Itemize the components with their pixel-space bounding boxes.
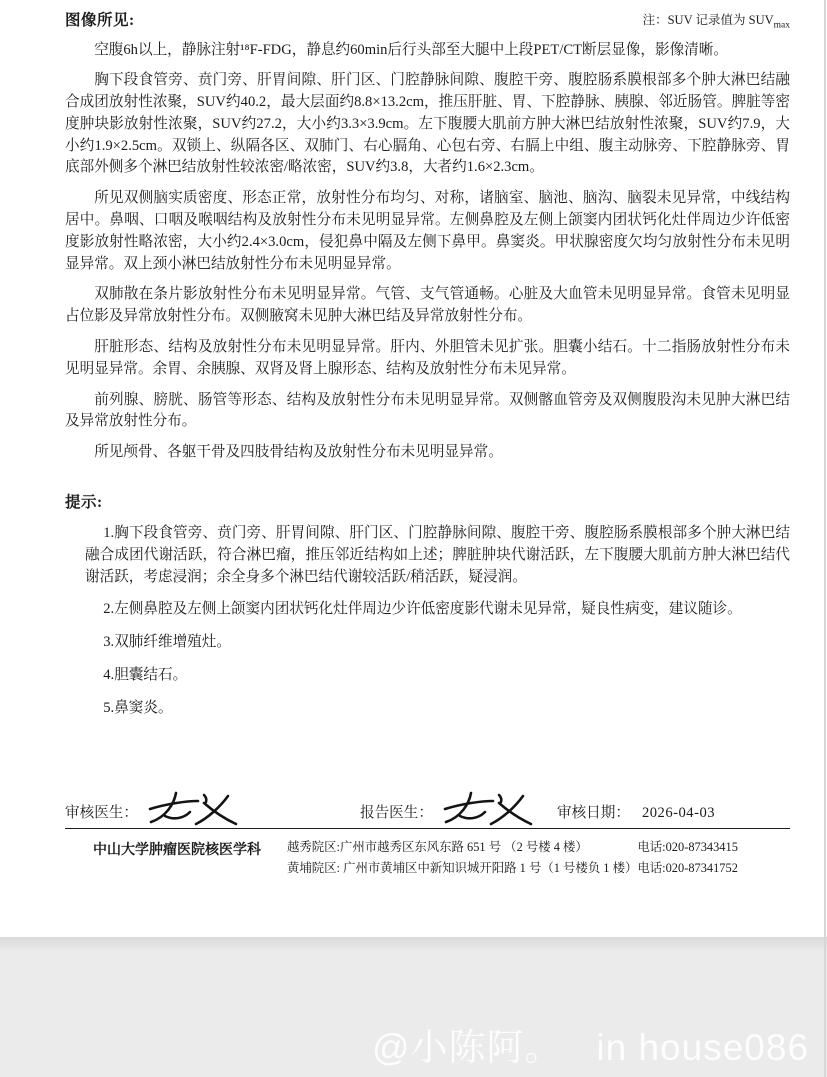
report-header: 图像所见: 注：SUV 记录值为 SUVmax bbox=[65, 8, 790, 31]
reviewer-signature-scribble-icon bbox=[146, 789, 242, 827]
watermark-text: @小陈阿。 in house086 bbox=[372, 1017, 809, 1071]
institution-footer: 中山大学肿瘤医院核医学科 越秀院区:广州市越秀区东风东路 651 号 （2 号楼… bbox=[65, 837, 790, 879]
campus-address: 黄埔院区: 广州市黄埔区中新知识城开阳路 1 号（1 号楼负 1 楼） bbox=[287, 858, 637, 879]
campus-phones: 电话:020-87343415 电话:020-87341752 bbox=[637, 837, 804, 879]
signature-row: 审核医生： 报告医生： 审核日期： 2026-04-03 bbox=[65, 784, 790, 824]
reporter-signature-scribble-icon bbox=[441, 789, 537, 827]
impression-item: 2.左侧鼻腔及左侧上颌窦内团状钙化灶伴周边少许低密度影代谢未见异常，疑良性病变，… bbox=[65, 599, 790, 621]
review-date-label: 审核日期： bbox=[557, 801, 630, 824]
impression-section: 1.胸下段食管旁、贲门旁、肝胃间隙、肝门区、门腔静脉间隙、腹腔干旁、腹腔肠系膜根… bbox=[65, 523, 790, 720]
page-bottom-area: @小陈阿。 in house086 bbox=[0, 937, 827, 1077]
signature-divider bbox=[65, 828, 790, 829]
finding-paragraph: 所见颅骨、各躯干骨及四肢骨结构及放射性分布未见明显异常。 bbox=[65, 442, 790, 464]
reviewer-label: 审核医生： bbox=[65, 801, 138, 824]
impression-item: 1.胸下段食管旁、贲门旁、肝胃间隙、肝门区、门腔静脉间隙、腹腔干旁、腹腔肠系膜根… bbox=[65, 523, 790, 588]
right-edge-line bbox=[824, 0, 826, 1077]
finding-paragraph: 空腹6h以上，静脉注射¹⁸F-FDG，静息约60min后行头部至大腿中上段PET… bbox=[65, 40, 790, 62]
campus-address: 越秀院区:广州市越秀区东风东路 651 号 （2 号楼 4 楼） bbox=[287, 837, 637, 858]
impression-heading: 提示: bbox=[65, 490, 790, 512]
suv-note-text: 注：SUV 记录值为 SUV bbox=[643, 13, 774, 27]
review-date-value: 2026-04-03 bbox=[642, 805, 715, 824]
finding-paragraph: 胸下段食管旁、贲门旁、肝胃间隙、肝门区、门腔静脉间隙、腹腔干旁、腹腔肠系膜根部多… bbox=[65, 70, 790, 179]
reporter-label: 报告医生： bbox=[360, 801, 433, 824]
impression-item: 3.双肺纤维增殖灶。 bbox=[65, 632, 790, 654]
campus-phone: 电话:020-87341752 bbox=[637, 858, 738, 879]
findings-section: 空腹6h以上，静脉注射¹⁸F-FDG，静息约60min后行头部至大腿中上段PET… bbox=[65, 40, 790, 465]
campus-addresses: 越秀院区:广州市越秀区东风东路 651 号 （2 号楼 4 楼） 黄埔院区: 广… bbox=[287, 837, 637, 879]
impression-item: 5.鼻窦炎。 bbox=[65, 698, 790, 720]
report-sheet: 图像所见: 注：SUV 记录值为 SUVmax 空腹6h以上，静脉注射¹⁸F-F… bbox=[0, 0, 827, 937]
suv-note: 注：SUV 记录值为 SUVmax bbox=[643, 8, 790, 31]
report-page: { "colors": { "page_bg": "#ffffff", "tex… bbox=[0, 0, 827, 1077]
finding-paragraph: 前列腺、膀胱、肠管等形态、结构及放射性分布未见明显异常。双侧髂血管旁及双侧腹股沟… bbox=[65, 390, 790, 434]
campus-phone: 电话:020-87343415 bbox=[637, 837, 738, 858]
department-name: 中山大学肿瘤医院核医学科 bbox=[65, 837, 287, 859]
suv-note-subscript: max bbox=[774, 21, 790, 31]
finding-paragraph: 肝脏形态、结构及放射性分布未见明显异常。肝内、外胆管未见扩张。胆囊小结石。十二指… bbox=[65, 337, 790, 381]
finding-paragraph: 双肺散在条片影放射性分布未见明显异常。气管、支气管通畅。心脏及大血管未见明显异常… bbox=[65, 284, 790, 328]
finding-paragraph: 所见双侧脑实质密度、形态正常，放射性分布均匀、对称，诸脑室、脑池、脑沟、脑裂未见… bbox=[65, 188, 790, 275]
impression-item: 4.胆囊结石。 bbox=[65, 665, 790, 687]
findings-heading: 图像所见: bbox=[65, 8, 135, 30]
